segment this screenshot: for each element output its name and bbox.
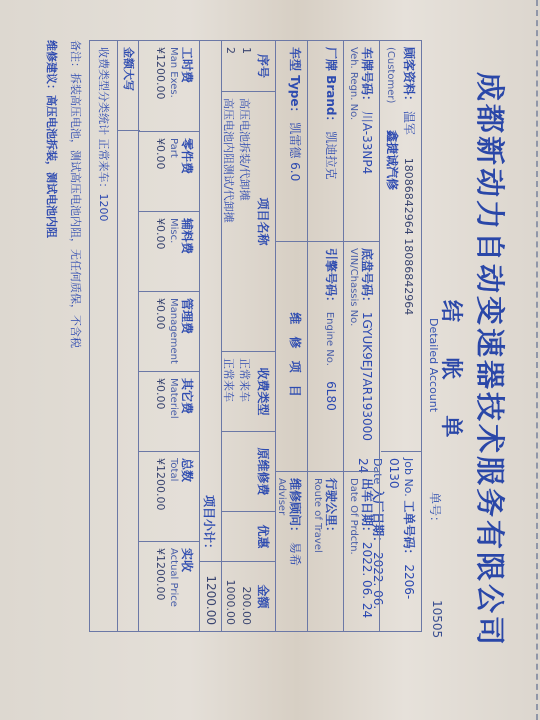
engine-value: 6L80 [324,381,338,411]
item-no: 1 [238,41,254,91]
total-value: ¥1200.00 [154,458,167,511]
item-original-fee [238,431,254,511]
company-name: 成都新动力自动变速器技术服务有限公司 [471,0,512,720]
vin-label: 底盘号码： [360,248,374,308]
type-value: 凯雷德 6.0 [288,122,302,181]
col-item-name: 项目名称 [253,91,275,351]
items-section-cell: 维 修 项 目 [275,241,307,471]
management-fee-label-en: Management [168,298,179,365]
job-label: 工单号码： [402,501,416,561]
fees-grid: 工时费 Man Exes. ¥1200.00 零件费 Part ¥0.00 辅料… [138,40,200,632]
labor-fee-label: 工时费 [180,47,194,83]
labor-fee-cell: 工时费 Man Exes. ¥1200.00 [139,41,199,131]
customer-row: 顾客资料： 温军 18086842964 18086842964 (Custom… [381,41,422,631]
route-label: 行驶公里： [324,478,338,538]
item-amount: 1000.00 [222,561,238,631]
col-original-fee: 原维修费 [253,431,275,511]
item-charge-type: 正常来车 [238,351,254,431]
vehicle-row-2: 厂牌 Brand： 凯迪拉克 引擎号码： Engine No. 6L80 行驶公… [307,41,344,631]
route-label-en: Route of Travel [312,478,323,625]
customer-label: 顾客资料： [402,47,416,107]
settlement-document: 成都新动力自动变速器技术服务有限公司 结 帐 单 Detailed Accoun… [0,0,540,720]
customer-company: 鑫捷诚汽修 [385,130,399,190]
management-fee-value: ¥0.00 [154,298,167,330]
other-fee-label-en: Materiel [168,378,179,445]
item-amount: 200.00 [238,561,254,631]
charge-summary-row: 收费类型分类统计 正常来车：1200 [89,40,118,632]
document-title-en: Detailed Account [427,318,440,412]
engine-label-en: Engine No. [324,312,335,366]
other-fee-label: 其它费 [180,378,194,414]
misc-fee-label: 辅料费 [180,218,194,254]
subtotal-value: 1200.00 [199,561,221,631]
engine-label: 引擎号码： [324,248,338,308]
item-original-fee [222,431,238,511]
document-number-label: 单号： [427,492,444,528]
production-date-value: 2022. 06. 24 [360,542,374,618]
regn-label: 车牌号码： [360,47,374,107]
item-name: 高压电池拆装/代卸摊 [238,91,254,351]
table-row: 1 高压电池拆装/代卸摊 正常来车 200.00 [238,41,254,631]
advisor-label: 维修顾问： [288,478,302,538]
regn-label-en: Veh. Regn. No. [348,47,359,235]
table-row: 2 高压电池内阻测试/代卸摊 正常来车 1000.00 [222,41,238,631]
type-cell: 车型 Type： 凯雷德 6.0 [275,41,307,241]
misc-fee-label-en: Misc. [168,218,179,285]
col-charge-type: 收费类型 [253,351,275,431]
customer-phones: 18086842964 18086842964 [402,158,415,315]
repair-suggestion: 维修建议：高压电池拆装，测试电池内阻 [44,40,60,238]
actual-price-cell: 实收 Actual Price ¥1200.00 [139,541,199,631]
charge-summary: 收费类型分类统计 正常来车：1200 [90,41,118,631]
item-no: 2 [222,41,238,91]
part-fee-cell: 零件费 Part ¥0.00 [139,131,199,211]
col-discount: 优惠 [253,511,275,561]
management-fee-label: 管理费 [180,298,194,334]
item-charge-type: 正常来车 [222,351,238,431]
col-no: 序号 [253,41,275,91]
actual-price-label-en: Actual Price [168,548,179,625]
subtotal-label: 项目小计： [199,481,221,561]
vehicle-info-grid: 顾客资料： 温军 18086842964 18086842964 (Custom… [222,40,422,632]
advisor-label-en: Adviser [276,478,287,625]
vin-label-en: VIN/Chassis No. [348,248,359,465]
other-fee-value: ¥0.00 [154,378,167,410]
brand-label: 厂牌 Brand： [324,47,338,127]
item-name: 高压电池内阻测试/代卸摊 [222,91,238,351]
production-date-label: 出车日期： [360,478,374,538]
items-header-row: 序号 项目名称 收费类型 原维修费 优惠 金额 [253,41,276,631]
advisor-cell: 维修顾问： 易希 Adviser [275,471,307,631]
receipt-photo: 成都新动力自动变速器技术服务有限公司 结 帐 单 Detailed Accoun… [0,0,540,720]
vin-value: 1GYUK9EJ7AR193000 [360,312,374,441]
vin-cell: 底盘号码： 1GYUK9EJ7AR193000 VIN/Chassis No. [343,241,379,471]
part-fee-label-en: Part [168,138,179,205]
item-discount [222,511,238,561]
advisor-value: 易希 [288,542,302,566]
total-label-en: Total [168,458,179,535]
engine-cell: 引擎号码： Engine No. 6L80 [307,241,343,471]
vehicle-row-3: 车型 Type： 凯雷德 6.0 维 修 项 目 维修顾问： 易希 Advise… [275,41,308,631]
total-label: 总数 [180,458,194,482]
vehicle-row-1: 车牌号码： 川A-33NP4 Veh. Regn. No. 底盘号码： 1GYU… [343,41,380,631]
perforation-line [536,0,538,720]
labor-fee-label-en: Man Exes. [168,47,179,125]
part-fee-value: ¥0.00 [154,138,167,170]
items-section-label: 维 修 项 目 [288,312,302,401]
job-label-en: Job No. [402,458,415,497]
customer-label-en: (Customer) [385,47,396,103]
production-date-cell: 出车日期： 2022. 06. 24 Date Of Prdctn. [343,471,379,631]
subtotal-row: 项目小计： 1200.00 [199,40,222,632]
brand-value: 凯迪拉克 [324,131,338,179]
production-date-label-en: Date Of Prdctn. [348,478,359,625]
management-fee-cell: 管理费 Management ¥0.00 [139,291,199,371]
other-fee-cell: 其它费 Materiel ¥0.00 [139,371,199,451]
part-fee-label: 零件费 [180,138,194,174]
job-date-cell: Job No. 工单号码： 2206-0130 Date 入厂日期： 2022.… [381,451,421,631]
misc-fee-cell: 辅料费 Misc. ¥0.00 [139,211,199,291]
regn-value: 川A-33NP4 [360,111,374,174]
route-cell: 行驶公里： Route of Travel [307,471,343,631]
customer-cell: 顾客资料： 温军 18086842964 18086842964 (Custom… [381,41,421,451]
type-label: 车型 Type： [288,47,302,119]
document-number: 10505 [430,600,444,638]
remarks: 备注：拆装高压电池，测试高压电池内阻，无任何质保，不含税 [68,40,84,348]
document-title: 结 帐 单 [437,300,468,451]
item-discount [238,511,254,561]
total-cell: 总数 Total ¥1200.00 [139,451,199,541]
customer-name: 温军 [402,111,416,135]
actual-price-value: ¥1200.00 [154,548,167,601]
labor-fee-value: ¥1200.00 [154,47,167,100]
brand-cell: 厂牌 Brand： 凯迪拉克 [307,41,343,241]
misc-fee-value: ¥0.00 [154,218,167,250]
col-amount: 金额 [253,561,275,631]
actual-price-label: 实收 [180,548,194,572]
amount-words-row: 金额大写 [117,40,140,632]
amount-in-words-label: 金额大写 [118,41,140,131]
regn-cell: 车牌号码： 川A-33NP4 Veh. Regn. No. [343,41,379,241]
